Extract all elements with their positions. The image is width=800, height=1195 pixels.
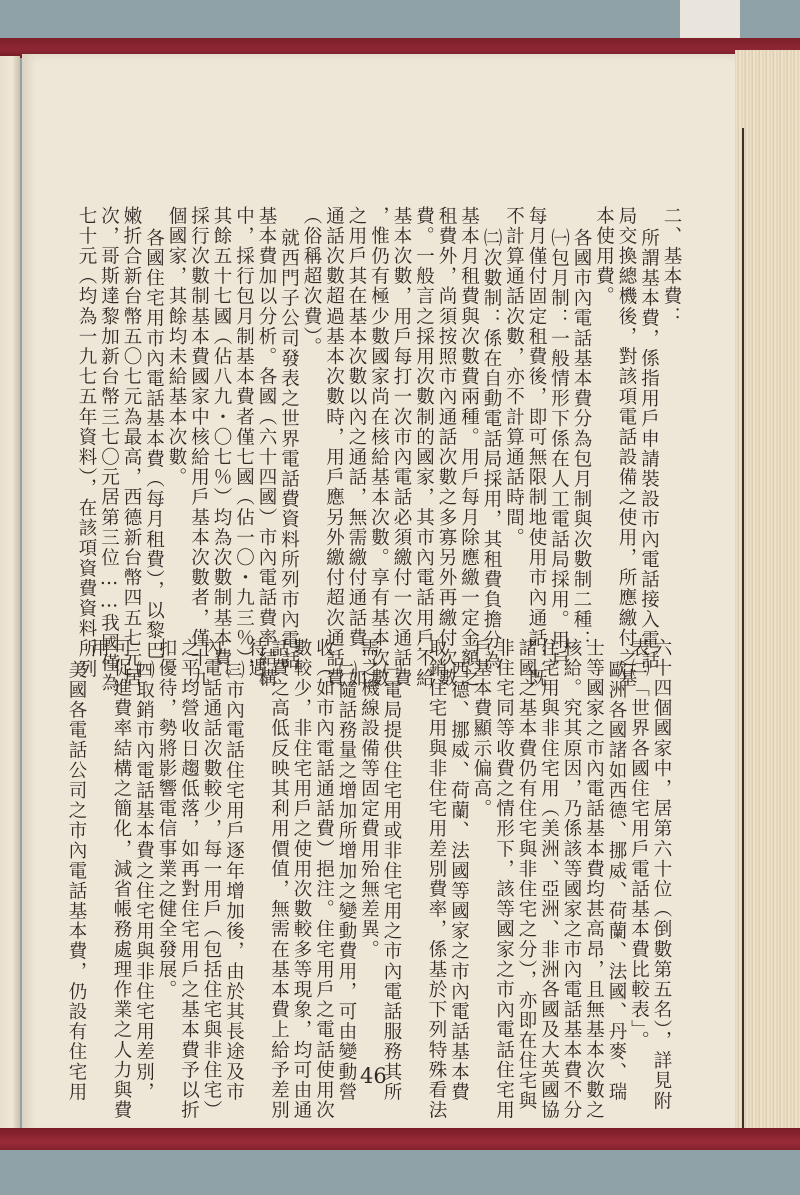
text-block-bottom: 六十四個國家中，居第六十位（倒數第五名），詳見附 表㈡「世界各國住宅用戶電話基本…: [65, 638, 673, 1120]
text-column: 歐洲各國諸如西德、挪威、荷蘭、法國、丹麥、瑞: [605, 638, 628, 1120]
text-column: 所謂基本費，係指用戶申請裝設市內電話接入電話: [637, 206, 660, 693]
text-column: 非住宅同等收費之情形下，該等國家之市內電話住宅用: [492, 638, 515, 1120]
text-column: 各國住宅用市內電話基本費（每月租費），以黎巴: [142, 206, 165, 693]
text-column: 基本次數，用戶每打一次市內電話必須繳付一次通話費: [390, 206, 413, 693]
text-column: 嫩折合新台幣五〇七元為最高，西德新台幣四五七元居: [120, 206, 143, 693]
text-column: 話費之高低反映其利用價值，無需在基本費上給予差別: [267, 638, 290, 1120]
text-column: 七十元（均為一九七五年資料），在該項資費資料所列: [75, 206, 98, 693]
text-column: 基本月租費與次數費兩種。用戶每月除應繳一定金額之: [457, 206, 480, 693]
text-column: 住宅用與非住宅用（美洲、亞洲、非洲各國及大英國協: [537, 638, 560, 1120]
text-column: 用。: [87, 638, 110, 1120]
text-column: 每月僅付固定租費後，即可無限制地使用市內通話，既: [525, 206, 548, 693]
book-cover-bottom: [0, 1150, 800, 1195]
text-block-top: 二、基本費： 所謂基本費，係指用戶申請裝設市內電話接入電話 局交換總機後，對該項…: [75, 206, 683, 693]
text-column: 西德、挪威、荷蘭、法國等國家之市內電話基本費: [447, 638, 470, 1120]
text-column: 各國市內電話基本費分為包月制與次數制二種：: [570, 206, 593, 693]
text-column: 個國家，其餘均未給基本次數。: [165, 206, 188, 693]
page-number: 46: [360, 1064, 387, 1088]
text-column: ㈡隨話務量之增加所增加之變動費用，可由變動營: [335, 638, 358, 1120]
page-edge-shadow: [742, 128, 744, 1128]
text-column: 士等國家之市內電話基本費均甚高昂，且無基本次數之: [582, 638, 605, 1120]
facing-page-edge: [0, 56, 20, 1131]
text-column: 可促進費率結構之簡化，減省帳務處理作業之人力與費: [110, 638, 133, 1120]
text-column: ㈠包月制：一般情形下係在人工電話局採用。用戶: [547, 206, 570, 693]
text-column: 戶基本費顯示偏高。: [470, 638, 493, 1120]
section-heading: 二、基本費：: [660, 206, 683, 693]
text-column: 通話次數超過基本次數時，用戶應另外繳付超次通話費: [322, 206, 345, 693]
text-column: 之平均營收日趨低落，如再對住宅用戶之基本費予以折: [177, 638, 200, 1120]
text-column: ㈢市內電話住宅用戶逐年增加後，由於其長途及市: [222, 638, 245, 1120]
text-column: 六十四個國家中，居第六十位（倒數第五名），詳見附: [650, 638, 673, 1120]
text-column: 局交換總機後，對該項電話設備之使用，所應繳付之基: [615, 206, 638, 693]
text-column: 不計算通話次數，亦不計算通話時間。: [502, 206, 525, 693]
text-column: 需之機線設備等固定費用殆無差異。: [357, 638, 380, 1120]
text-column: ，惟仍有極少數國家尚在核給基本次數。享有基本次數: [367, 206, 390, 693]
text-column: 中，採行包月制基本費者僅七國（佔一〇・九三％），: [232, 206, 255, 693]
text-column: 美國各電話公司之市內電話基本費，仍設有住宅用: [65, 638, 88, 1120]
text-column: ㈣取銷市內電話基本費之住宅用與非住宅用差別，: [132, 638, 155, 1120]
text-column: ㈡次數制：係在自動電話局採用，其租費負擔分為: [480, 206, 503, 693]
page-stack-edges: [735, 50, 800, 1135]
text-column: ㈠電局提供住宅用或非住宅用之市內電話服務其所: [380, 638, 403, 1120]
text-column: 採行次數制基本費國家中核給用戶基本次數者，僅十九: [187, 206, 210, 693]
text-column: 次，哥斯達黎加新台幣三七〇元居第三位……我國僅為: [97, 206, 120, 693]
text-column: 待遇。: [245, 638, 268, 1120]
text-column: 就西門子公司發表之世界電話費資料所列市內電話: [277, 206, 300, 693]
text-column: 之用戶其在基本次數以內之通話，無需繳付通話費，如: [345, 206, 368, 693]
text-column: 扣優待，勢將影響電信事業之健全發展。: [155, 638, 178, 1120]
text-column: 諸國之基本費仍有住宅與非住宅之分），亦即在住宅與: [515, 638, 538, 1120]
text-column: ：: [402, 638, 425, 1120]
text-column: 收（如市內電話通話費）挹注。住宅用戶之電話使用次: [312, 638, 335, 1120]
text-column: 表㈡「世界各國住宅用戶電話基本費比較表」。: [627, 638, 650, 1120]
text-column: 費。一般言之採用次數制的國家，其市內電話用戶不給: [412, 206, 435, 693]
text-column: 內電話通話次數較少，每一用戶（包括住宅與非住宅）: [200, 638, 223, 1120]
text-column: 基本費加以分析。各國（六十四國）市內電話費率結構: [255, 206, 278, 693]
text-column: 其餘五十七國（佔八九・〇七％）均為次數制基本費。: [210, 206, 233, 693]
text-column: 數較少，非住宅用戶之使用次數較多等現象，均可由通: [290, 638, 313, 1120]
text-column: 核給。究其原因，乃係該等國家之市內電話基本費不分: [560, 638, 583, 1120]
text-column: （俗稱超次費）。: [300, 206, 323, 693]
text-column: 租費外，尚須按照市內通話次數之多寡另外再繳付次數: [435, 206, 458, 693]
text-column: 本使用費。: [592, 206, 615, 693]
text-column: 取銷住宅用與非住宅用差別費率，係基於下列特殊看法: [425, 638, 448, 1120]
